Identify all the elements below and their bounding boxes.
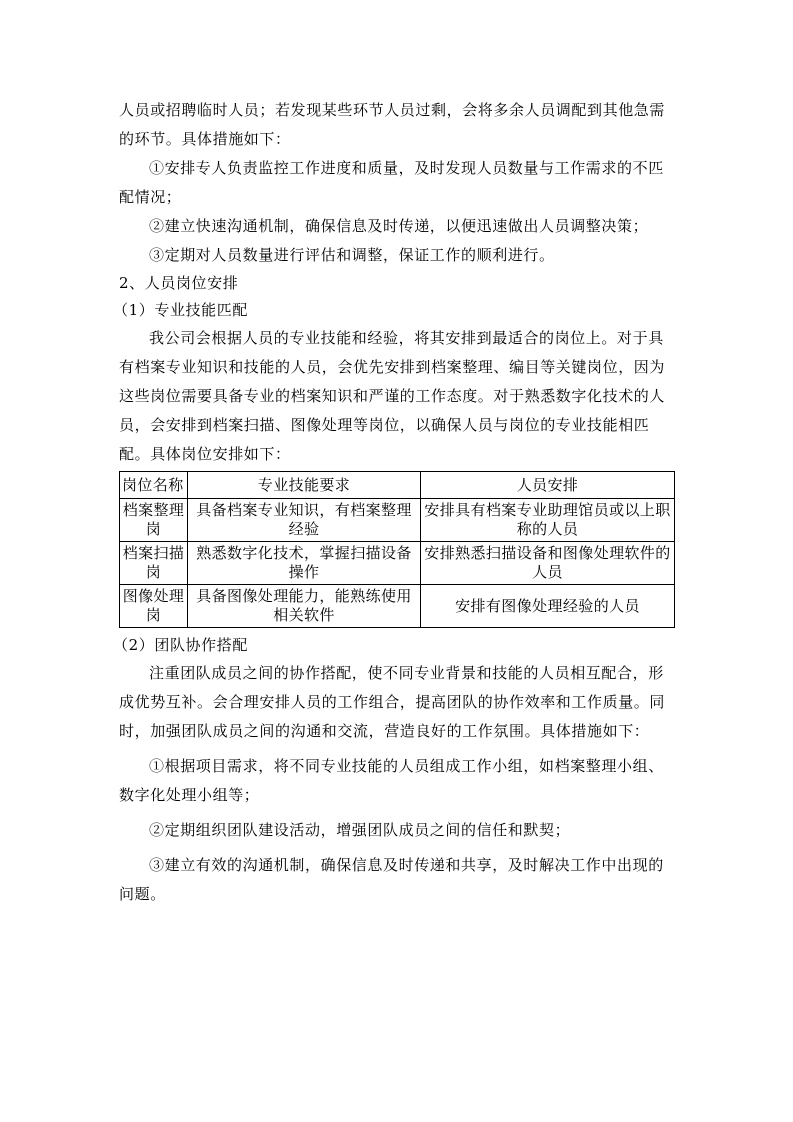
subsection-heading-teamwork: （2）团队协作搭配: [113, 632, 675, 659]
position-table: 岗位名称 专业技能要求 人员安排 档案整理岗 具备档案专业知识，有档案整理经验 …: [119, 471, 675, 628]
table-cell: 具备图像处理能力，能熟练使用相关软件: [188, 585, 421, 628]
table-row: 档案扫描岗 熟悉数字化技术，掌握扫描设备操作 安排熟悉扫描设备和图像处理软件的人…: [120, 542, 675, 585]
teamwork-item-1: ①根据项目需求，将不同专业技能的人员组成工作小组，如档案整理小组、数字化处理小组…: [119, 752, 675, 810]
table-cell: 档案整理岗: [120, 499, 188, 542]
paragraph-continuation: 人员或招聘临时人员；若发现某些环节人员过剩，会将多余人员调配到其他急需的环节。具…: [119, 96, 675, 154]
table-cell: 具备档案专业知识，有档案整理经验: [188, 499, 421, 542]
table-cell: 安排有图像处理经验的人员: [421, 585, 675, 628]
table-header: 人员安排: [421, 472, 675, 499]
table-row: 图像处理岗 具备图像处理能力，能熟练使用相关软件 安排有图像处理经验的人员: [120, 585, 675, 628]
skills-paragraph: 我公司会根据人员的专业技能和经验，将其安排到最适合的岗位上。对于具有档案专业知识…: [119, 324, 675, 469]
table-cell: 安排具有档案专业助理馆员或以上职称的人员: [421, 499, 675, 542]
table-header: 专业技能要求: [188, 472, 421, 499]
table-cell: 档案扫描岗: [120, 542, 188, 585]
table-cell: 安排熟悉扫描设备和图像处理软件的人员: [421, 542, 675, 585]
table-header: 岗位名称: [120, 472, 188, 499]
measure-item-1: ①安排专人负责监控工作进度和质量，及时发现人员数量与工作需求的不匹配情况；: [119, 154, 675, 212]
subsection-heading-skills: （1）专业技能匹配: [113, 297, 675, 324]
measure-item-2: ②建立快速沟通机制，确保信息及时传递，以便迅速做出人员调整决策；: [119, 212, 675, 241]
measure-item-3: ③定期对人员数量进行评估和调整，保证工作的顺利进行。: [119, 241, 675, 270]
teamwork-item-2: ②定期组织团队建设活动，增强团队成员之间的信任和默契；: [119, 816, 675, 845]
table-cell: 熟悉数字化技术，掌握扫描设备操作: [188, 542, 421, 585]
document-page: 人员或招聘临时人员；若发现某些环节人员过剩，会将多余人员调配到其他急需的环节。具…: [119, 96, 675, 909]
teamwork-item-3: ③建立有效的沟通机制，确保信息及时传递和共享，及时解决工作中出现的问题。: [119, 851, 675, 909]
table-row: 档案整理岗 具备档案专业知识，有档案整理经验 安排具有档案专业助理馆员或以上职称…: [120, 499, 675, 542]
teamwork-paragraph: 注重团队成员之间的协作搭配，使不同专业背景和技能的人员相互配合，形成优势互补。会…: [119, 659, 675, 746]
table-cell: 图像处理岗: [120, 585, 188, 628]
table-header-row: 岗位名称 专业技能要求 人员安排: [120, 472, 675, 499]
section-heading: 2、人员岗位安排: [119, 270, 675, 297]
